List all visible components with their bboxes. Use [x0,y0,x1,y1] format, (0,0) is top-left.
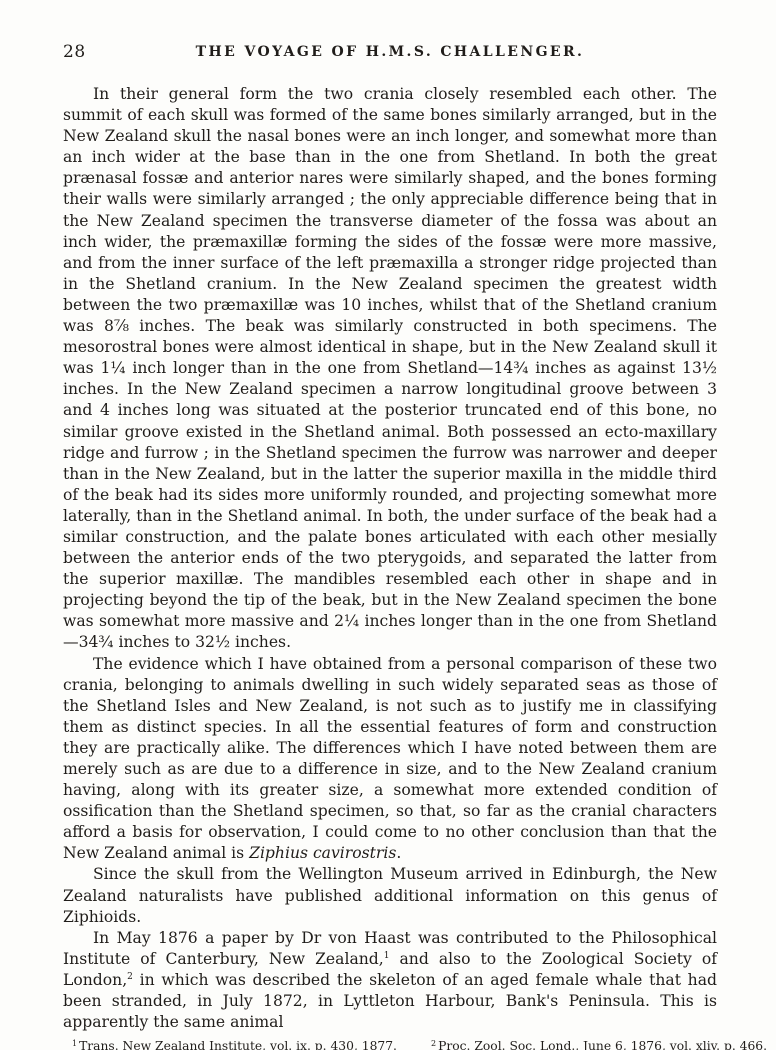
body-text: In their general form the two crania clo… [63,84,717,1033]
paragraph-4-text-3: in which was described the skeleton of a… [63,971,717,1031]
paragraph-3: Since the skull from the Wellington Muse… [63,864,717,927]
footnote-1: 1Trans. New Zealand Institute, vol. ix. … [72,1038,397,1050]
footnotes-section: 1Trans. New Zealand Institute, vol. ix. … [63,1038,717,1050]
paragraph-2-period: . [396,844,401,862]
paragraph-2: The evidence which I have obtained from … [63,654,717,865]
paragraph-4: In May 1876 a paper by Dr von Haast was … [63,928,717,1033]
book-page: 28 THE VOYAGE OF H.M.S. CHALLENGER. In t… [0,0,776,1050]
footnote-2-marker: 2 [431,1039,436,1048]
paragraph-2-text: The evidence which I have obtained from … [63,655,717,863]
running-title: THE VOYAGE OF H.M.S. CHALLENGER. [63,42,717,60]
paragraph-1: In their general form the two crania clo… [63,84,717,654]
page-number: 28 [63,42,86,62]
page-header: 28 THE VOYAGE OF H.M.S. CHALLENGER. [63,42,717,64]
species-name: Ziphius cavirostris [249,844,396,862]
footnote-1-marker: 1 [72,1039,77,1048]
footnote-1-text: Trans. New Zealand Institute, vol. ix. p… [79,1039,397,1050]
footnote-2-text: Proc. Zool. Soc. Lond., June 6, 1876, vo… [438,1039,767,1050]
footnote-2: 2Proc. Zool. Soc. Lond., June 6, 1876, v… [431,1038,767,1050]
